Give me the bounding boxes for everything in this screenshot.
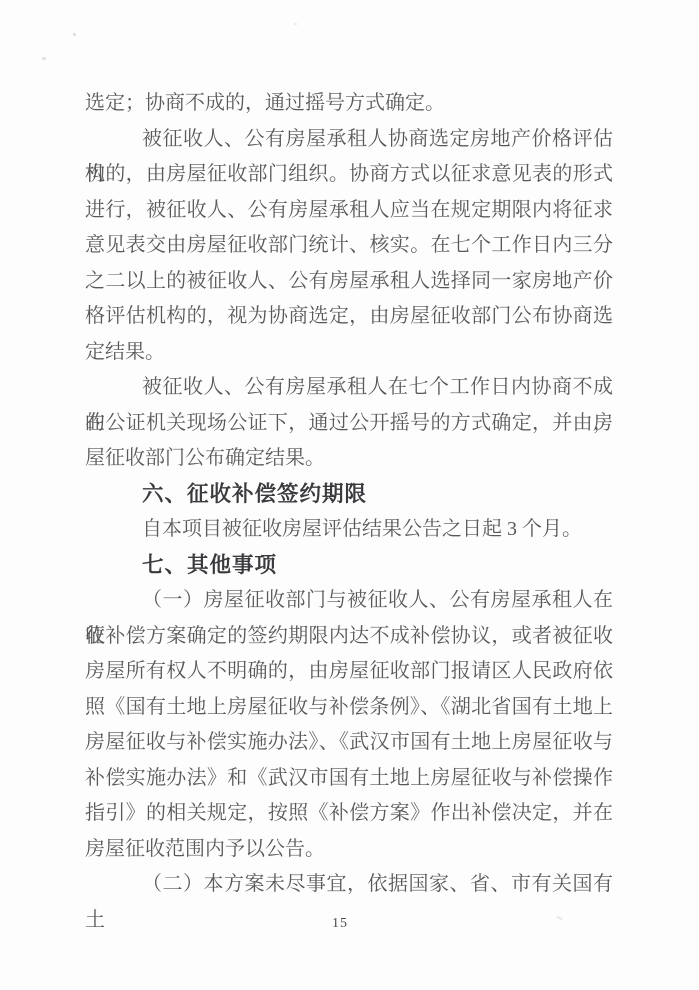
scan-speck bbox=[73, 33, 76, 36]
document-body: 选定；协商不成的，通过摇号方式确定。 被征收人、公有房屋承租人协商选定房地产价格… bbox=[85, 86, 613, 903]
text-line: （二）本方案未尽事宜，依据国家、省、市有关国有土 bbox=[85, 867, 613, 903]
text-line: 定结果。 bbox=[85, 335, 613, 371]
text-line: 房屋征收与补偿实施办法》、《武汉市国有土地上房屋征收与 bbox=[85, 725, 613, 761]
text-line: 房屋所有权人不明确的，由房屋征收部门报请区人民政府依 bbox=[85, 654, 613, 690]
text-line: 格评估机构的，视为协商选定，由房屋征收部门公布协商选 bbox=[85, 299, 613, 335]
text-line: 在公证机关现场公证下，通过公开摇号的方式确定，并由房 bbox=[85, 406, 613, 442]
text-line: 意见表交由房屋征收部门统计、核实。在七个工作日内三分 bbox=[85, 228, 613, 264]
text-line: （一）房屋征收部门与被征收人、公有房屋承租人在征 bbox=[85, 583, 613, 619]
text-line: 构的，由房屋征收部门组织。协商方式以征求意见表的形式 bbox=[85, 157, 613, 193]
text-line: 被征收人、公有房屋承租人在七个工作日内协商不成的， bbox=[85, 370, 613, 406]
text-line: 屋征收部门公布确定结果。 bbox=[85, 441, 613, 477]
text-line: 房屋征收范围内予以公告。 bbox=[85, 832, 613, 868]
section-heading-seven: 七、其他事项 bbox=[85, 548, 613, 584]
text-line: 之二以上的被征收人、公有房屋承租人选择同一家房地产价 bbox=[85, 264, 613, 300]
scan-speck bbox=[42, 57, 46, 60]
text-line: 被征收人、公有房屋承租人协商选定房地产价格评估机 bbox=[85, 122, 613, 158]
text-line: 照《国有土地上房屋征收与补偿条例》、《湖北省国有土地上 bbox=[85, 690, 613, 726]
text-line: 补偿实施办法》和《武汉市国有土地上房屋征收与补偿操作 bbox=[85, 761, 613, 797]
text-line: 选定；协商不成的，通过摇号方式确定。 bbox=[85, 86, 613, 122]
section-heading-six: 六、征收补偿签约期限 bbox=[85, 477, 613, 513]
text-line: 收补偿方案确定的签约期限内达不成补偿协议，或者被征收 bbox=[85, 619, 613, 655]
page-number: 15 bbox=[0, 916, 680, 932]
text-line: 自本项目被征收房屋评估结果公告之日起 3 个月。 bbox=[85, 512, 613, 548]
scanned-document-page: 选定；协商不成的，通过摇号方式确定。 被征收人、公有房屋承租人协商选定房地产价格… bbox=[0, 0, 699, 990]
text-line: 指引》的相关规定，按照《补偿方案》作出补偿决定，并在 bbox=[85, 796, 613, 832]
scan-speck bbox=[294, 23, 297, 25]
text-line: 进行，被征收人、公有房屋承租人应当在规定期限内将征求 bbox=[85, 193, 613, 229]
